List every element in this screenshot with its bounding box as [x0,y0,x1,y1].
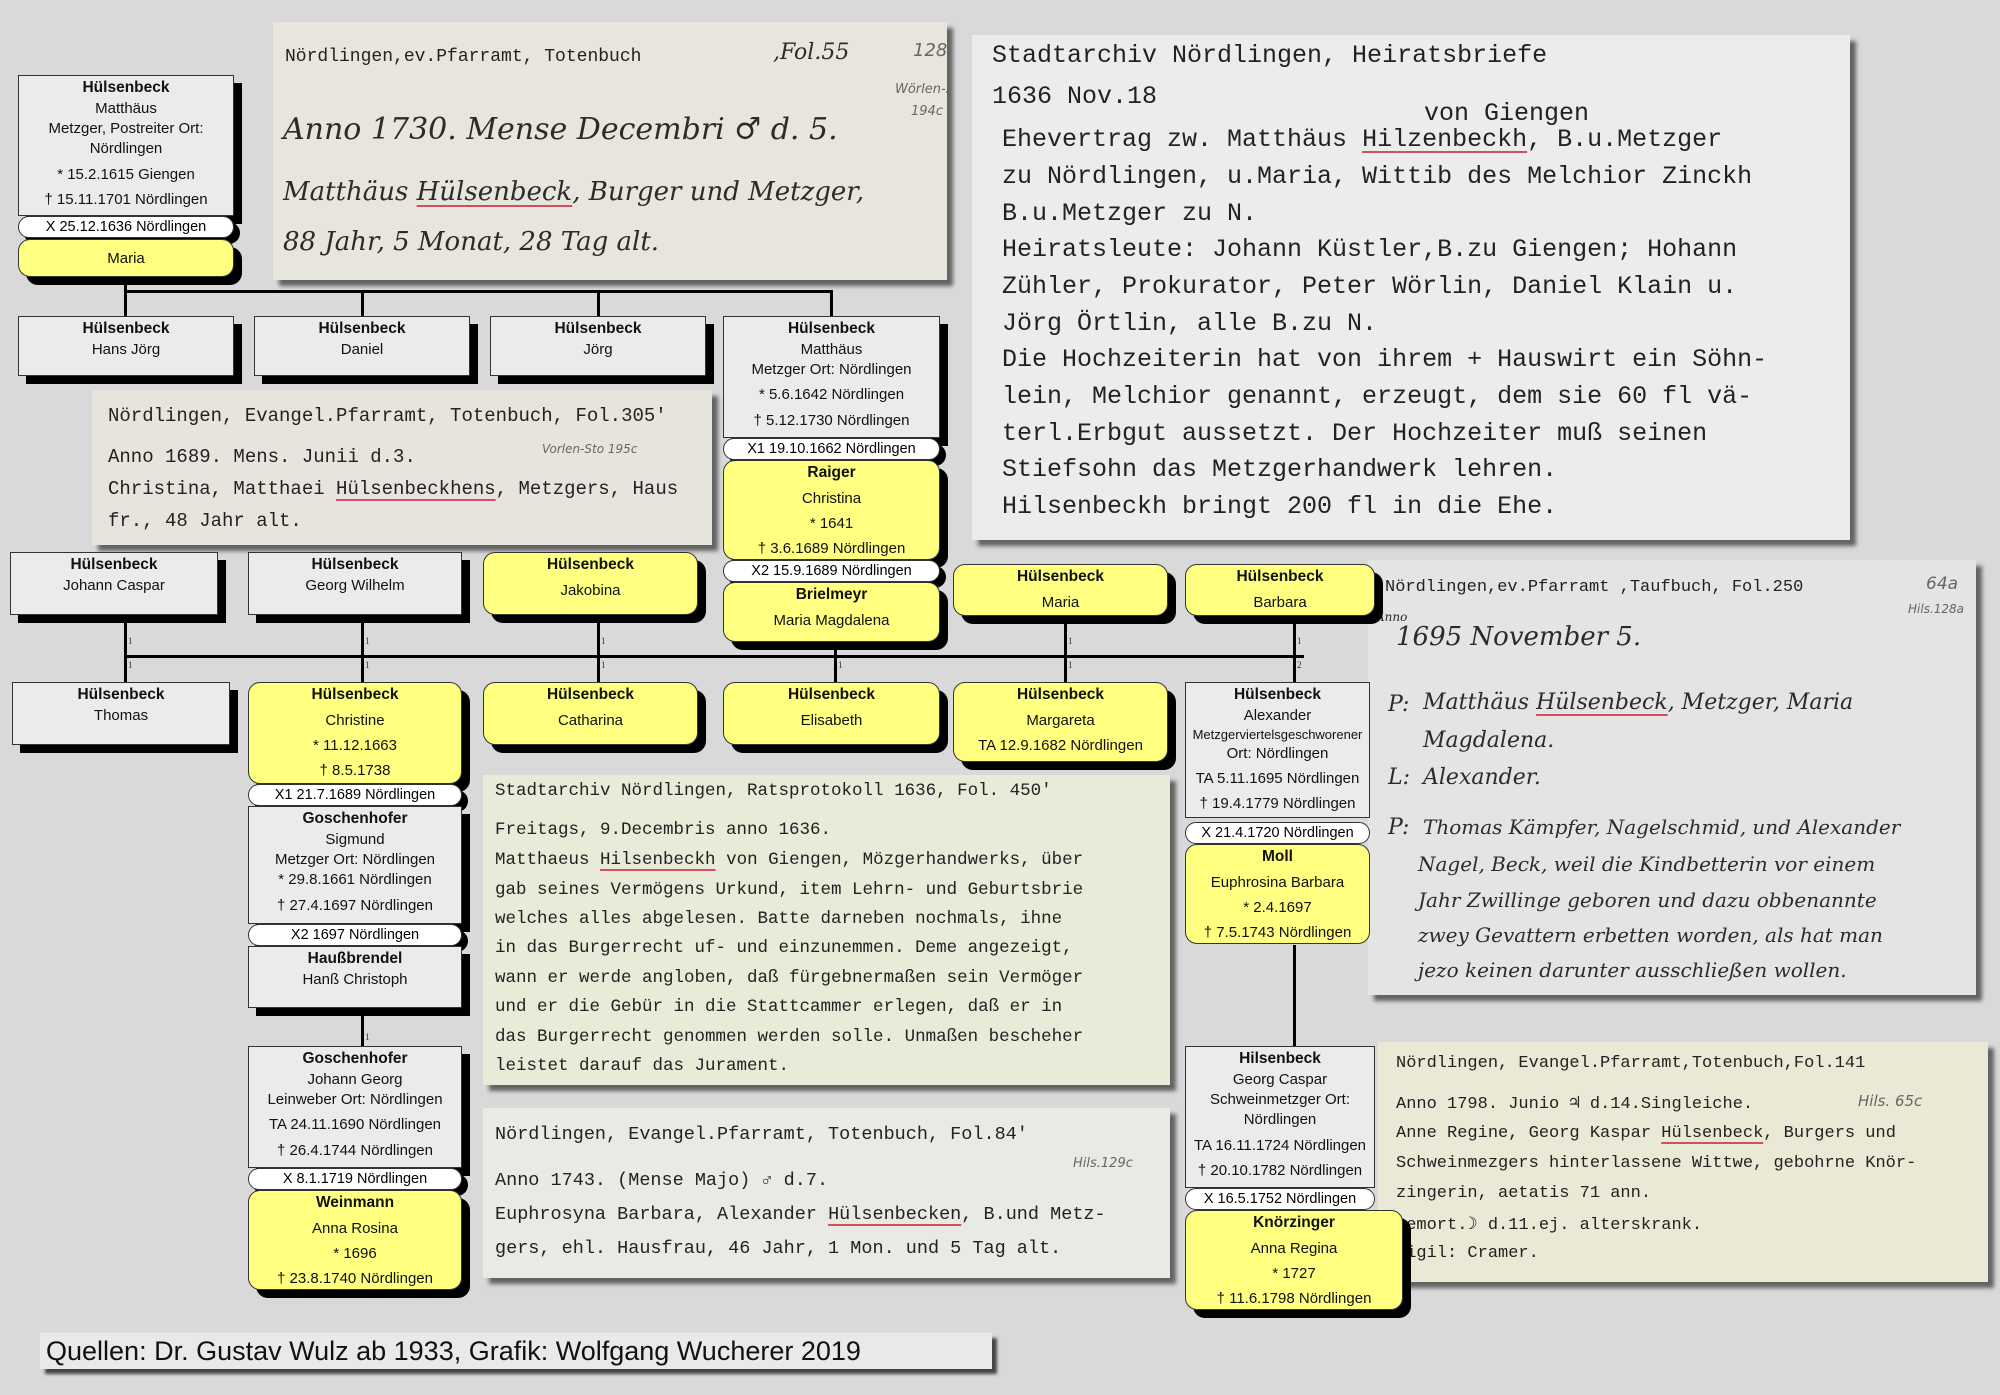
marriage-pill: X1 21.7.1689 Nördlingen [248,784,462,806]
doc-line: Anno 1798. Junio ♃ d.14.Singleiche. [1396,1093,1753,1114]
person-given: Hans Jörg [19,340,233,360]
person-given: Barbara [1186,593,1374,613]
person-surname: Hülsenbeck [249,555,461,576]
marriage-pill: X 8.1.1719 Nördlingen [248,1168,462,1190]
person-surname: Brielmeyr [724,585,939,606]
person-given: Christine [249,711,461,731]
person-christine[interactable]: Hülsenbeck Christine * 11.12.1663 † 8.5.… [248,682,462,784]
doc-line: das Burgerrecht genommen werden solle. U… [495,1027,1083,1047]
person-given: Georg Wilhelm [249,576,461,596]
person-sigmund-goschenhofer[interactable]: Goschenhofer Sigmund Metzger Ort: Nördli… [248,806,462,924]
connector-label: 1 [128,636,133,646]
person-birth: * 2.4.1697 [1186,898,1369,918]
connector-label: 1 [601,636,606,646]
person-surname: Moll [1186,847,1369,868]
doc-header: Stadtarchiv Nördlingen, Ratsprotokoll 16… [495,781,1052,801]
person-death: † 5.12.1730 Nördlingen [724,411,939,431]
document-totenbuch-1798: Nördlingen, Evangel.Pfarramt,Totenbuch,F… [1378,1042,1988,1282]
person-matthaeus-sr[interactable]: Hülsenbeck Matthäus Metzger, Postreiter … [18,75,234,216]
doc-line: Matthaeus Hilsenbeckh von Giengen, Mözge… [495,850,1083,870]
person-given: Sigmund [249,830,461,850]
person-surname: Hülsenbeck [249,685,461,706]
doc-line: lein, Melchior genannt, erzeugt, dem sie… [1002,382,1752,411]
document-ratsprotokoll: Stadtarchiv Nördlingen, Ratsprotokoll 16… [483,775,1170,1085]
doc-line: gab seines Vermögens Urkund, item Lehrn-… [495,880,1083,900]
person-place: Nördlingen [19,139,233,159]
doc-line: Hilsenbeckh bringt 200 fl in die Ehe. [1002,492,1557,521]
connector [830,290,833,318]
doc-line: zwey Gevattern erbetten worden, als hat … [1418,923,1883,947]
doc-line: Nagel, Beck, weil die Kindbetterin vor e… [1418,852,1875,876]
doc-line-text: Anne Regine, Georg Kaspar [1396,1124,1661,1143]
connector-label: 1 [1068,660,1073,670]
person-given: Daniel [255,340,469,360]
person-place: Ort: Nördlingen [1186,744,1369,764]
doc-line: Freitags, 9.Decembris anno 1636. [495,820,831,840]
person-birth: * 1696 [249,1244,461,1264]
person-surname: Weinmann [249,1193,461,1214]
person-birth: * 1641 [724,514,939,534]
doc-margin-note: Hils.128a [1908,602,1964,616]
connector-label: 1 [365,660,370,670]
person-given: Maria Magdalena [724,611,939,631]
doc-margin-note: Vorlen-Sto 195c [542,442,637,456]
doc-line: Anno 1689. Mens. Junii d.3. [108,446,416,468]
doc-line: Stiefsohn das Metzgerhandwerk lehren. [1002,455,1557,484]
person-maria-magdalena[interactable]: Brielmeyr Maria Magdalena [723,582,940,642]
doc-line: Jahr Zwillinge geboren und dazu obbenann… [1418,888,1877,912]
doc-line-text: Euphrosyna Barbara, Alexander [495,1204,828,1225]
connector [124,290,127,318]
person-given: Johann Caspar [11,576,217,596]
doc-line-text: , B.u.Metzger [1527,125,1722,154]
person-death: † 23.8.1740 Nördlingen [249,1269,461,1289]
person-surname: Hülsenbeck [484,685,697,706]
doc-line: wann er werde angloben, daß fürgebnermaß… [495,968,1083,988]
connector [361,290,364,318]
doc-label: P: [1388,815,1409,840]
person-surname: Hülsenbeck [484,555,697,576]
person-death: † 3.6.1689 Nördlingen [724,539,939,559]
person-occupation: Metzger Ort: Nördlingen [724,360,939,380]
connector-label: 1 [128,660,133,670]
doc-line: Jörg Örtlin, alle B.zu N. [1002,309,1377,338]
person-given: Catharina [484,711,697,731]
person-georg-caspar[interactable]: Hilsenbeck Georg Caspar Schweinmetzger O… [1185,1046,1375,1188]
person-barbara[interactable]: Hülsenbeck Barbara [1185,564,1375,616]
doc-line: Magdalena. [1423,728,1554,753]
person-given: Jörg [491,340,705,360]
doc-line: Anne Regine, Georg Kaspar Hülsenbeck, Bu… [1396,1124,1896,1143]
doc-date: 1636 Nov.18 [992,82,1157,111]
connector [597,290,600,318]
doc-date: 1695 November 5. [1396,622,1641,652]
person-given: Anna Rosina [249,1219,461,1239]
document-totenbuch-1689: Nördlingen, Evangel.Pfarramt, Totenbuch,… [92,390,712,545]
person-birth: * 29.8.1661 Nördlingen [249,870,461,890]
doc-line: Ehevertrag zw. Matthäus Hilzenbeckh, B.u… [1002,125,1722,154]
doc-line: Zühler, Prokurator, Peter Wörlin, Daniel… [1002,272,1737,301]
person-johann-caspar[interactable]: Hülsenbeck Johann Caspar [10,552,218,615]
person-occupation: Schweinmetzger Ort: [1186,1090,1374,1110]
person-surname: Haußbrendel [249,949,461,970]
doc-underlined-name: Hilzenbeckh [1362,125,1527,154]
connector [124,290,832,293]
doc-insert: von Giengen [1424,99,1589,128]
person-place: Nördlingen [1186,1110,1374,1130]
person-given: Euphrosina Barbara [1186,873,1369,893]
doc-underlined-name: Hülsenbeck [417,177,573,207]
person-surname: Hülsenbeck [491,319,705,340]
person-surname: Hülsenbeck [13,685,229,706]
connector-label: 1 [838,660,843,670]
doc-line: Die Hochzeiterin hat von ihrem + Hauswir… [1002,345,1767,374]
person-baptism: TA 16.11.1724 Nördlingen [1186,1136,1374,1156]
doc-line: Anno 1730. Mense Decembri ♂ d. 5. [283,112,838,147]
doc-header: Nördlingen,ev.Pfarramt, Totenbuch [285,47,641,67]
doc-line: 88 Jahr, 5 Monat, 28 Tag alt. [283,227,659,257]
doc-line: zingerin, aetatis 71 ann. [1396,1184,1651,1203]
person-matthaeus-jr[interactable]: Hülsenbeck Matthäus Metzger Ort: Nördlin… [723,316,940,438]
doc-label: L: [1388,765,1410,790]
person-death: † 26.4.1744 Nördlingen [249,1141,461,1161]
doc-line: Thomas Kämpfer, Nagelschmid, und Alexand… [1423,815,1900,839]
document-taufbuch-1695: Nördlingen,ev.Pfarramt ,Taufbuch, Fol.25… [1368,560,1976,995]
doc-underlined-name: Hülsenbecken [828,1204,961,1225]
doc-header: Stadtarchiv Nördlingen, Heiratsbriefe [992,41,1547,70]
person-anna-rosina[interactable]: Weinmann Anna Rosina * 1696 † 23.8.1740 … [248,1190,462,1290]
doc-line-text: , Metzgers, Haus [496,478,678,500]
connector-label: 1 [1297,636,1302,646]
doc-underlined-name: Hülsenbeck [1536,690,1668,715]
doc-line: Demort.☽ d.11.ej. alterskrank. [1396,1214,1702,1235]
person-death: † 8.5.1738 [249,761,461,781]
person-given: Hanß Christoph [249,970,461,990]
person-baptism: TA 12.9.1682 Nördlingen [954,736,1167,756]
marriage-pill: X2 1697 Nördlingen [248,924,462,946]
person-surname: Goschenhofer [249,1049,461,1070]
doc-header: Nördlingen, Evangel.Pfarramt,Totenbuch,F… [1396,1054,1865,1073]
person-baptism: TA 24.11.1690 Nördlingen [249,1115,461,1135]
person-alexander[interactable]: Hülsenbeck Alexander Metzgerviertelsgesc… [1185,682,1370,818]
person-surname: Hülsenbeck [1186,685,1369,706]
person-given: Margareta [954,711,1167,731]
person-birth: * 5.6.1642 Nördlingen [724,385,939,405]
doc-line: welches alles abgelesen. Batte darneben … [495,909,1062,929]
person-jakobina[interactable]: Hülsenbeck Jakobina [483,552,698,615]
document-totenbuch-1743: Nördlingen, Evangel.Pfarramt, Totenbuch,… [483,1108,1170,1278]
marriage-pill: X 16.5.1752 Nördlingen [1185,1188,1375,1210]
document-heiratsbriefe: Stadtarchiv Nördlingen, Heiratsbriefe 16… [972,35,1850,540]
person-elisabeth[interactable]: Hülsenbeck Elisabeth [723,682,940,745]
connector [597,615,600,683]
doc-line: Heiratsleute: Johann Küstler,B.zu Gienge… [1002,235,1737,264]
person-anna-regina[interactable]: Knörzinger Anna Regina * 1727 † 11.6.179… [1185,1210,1403,1310]
doc-line: zu Nördlingen, u.Maria, Wittib des Melch… [1002,162,1752,191]
doc-underlined-name: Hülsenbeckhens [336,478,496,500]
person-given: Christina [724,489,939,509]
doc-margin-note: Hils. 65c [1858,1092,1922,1110]
connector-label: 1 [365,636,370,646]
person-georg-wilhelm[interactable]: Hülsenbeck Georg Wilhelm [248,552,462,615]
person-given: Elisabeth [724,711,939,731]
connector [361,615,364,683]
person-given: Alexander [1186,706,1369,726]
doc-line: leistet darauf das Jurament. [495,1056,789,1076]
person-death: † 15.11.1701 Nördlingen [19,190,233,210]
marriage-pill: X1 19.10.1662 Nördlingen [723,438,940,460]
person-maria-2[interactable]: Hülsenbeck Maria [953,564,1168,616]
connector [1293,945,1296,1048]
person-occupation: Metzger Ort: Nördlingen [249,850,461,870]
person-given: Thomas [13,706,229,726]
doc-line-text: Christina, Matthaei [108,478,336,500]
connector [834,640,837,683]
connector [124,615,127,683]
person-birth: * 15.2.1615 Giengen [19,165,233,185]
person-given: Jakobina [484,581,697,601]
marriage-pill: X 21.4.1720 Nördlingen [1185,822,1370,844]
person-given: Maria [19,242,233,276]
person-surname: Hülsenbeck [954,685,1167,706]
doc-line: Matthäus Hülsenbeck, Burger und Metzger, [283,177,864,207]
person-hans-joerg[interactable]: Hülsenbeck Hans Jörg [18,316,234,376]
person-baptism: TA 5.11.1695 Nördlingen [1186,769,1369,789]
person-birth: * 11.12.1663 [249,736,461,756]
person-given: Johann Georg [249,1070,461,1090]
person-surname: Hülsenbeck [19,319,233,340]
doc-line: Matthäus Hülsenbeck, Metzger, Maria [1423,690,1853,715]
doc-line: gers, ehl. Hausfrau, 46 Jahr, 1 Mon. und… [495,1238,1061,1259]
marriage-pill: X2 15.9.1689 Nördlingen [723,560,940,582]
sources-caption: Quellen: Dr. Gustav Wulz ab 1933, Grafik… [40,1333,992,1369]
person-death: † 7.5.1743 Nördlingen [1186,923,1369,943]
connector-label: 2 [1297,660,1302,670]
person-occupation: Metzgerviertelsgeschworener [1186,726,1369,744]
doc-header: Nördlingen, Evangel.Pfarramt, Totenbuch,… [108,405,667,427]
person-hanss-christoph[interactable]: Haußbrendel Hanß Christoph [248,946,462,1008]
connector-label: 1 [601,660,606,670]
person-given: Matthäus [19,99,233,119]
person-joerg[interactable]: Hülsenbeck Jörg [490,316,706,376]
person-surname: Knörzinger [1186,1213,1402,1234]
person-death: † 27.4.1697 Nördlingen [249,896,461,916]
doc-line: fr., 48 Jahr alt. [108,510,302,532]
doc-line-text: , Burger und Metzger, [572,177,864,207]
doc-line-text: Ehevertrag zw. Matthäus [1002,125,1362,154]
person-daniel[interactable]: Hülsenbeck Daniel [254,316,470,376]
person-christina-raiger[interactable]: Raiger Christina * 1641 † 3.6.1689 Nördl… [723,460,940,560]
person-margareta[interactable]: Hülsenbeck Margareta TA 12.9.1682 Nördli… [953,682,1168,762]
person-occupation: Leinweber Ort: Nördlingen [249,1090,461,1110]
doc-line: Christina, Matthaei Hülsenbeckhens, Metz… [108,478,678,500]
marriage-pill: X 25.12.1636 Nördlingen [18,216,234,238]
doc-margin-note: 194c [911,104,943,119]
doc-header: Nördlingen,ev.Pfarramt ,Taufbuch, Fol.25… [1385,578,1803,597]
doc-line-text: Matthäus [283,177,408,207]
person-surname: Hülsenbeck [724,319,939,340]
doc-underlined-name: Hilsenbeckh [600,850,716,870]
person-surname: Hülsenbeck [19,78,233,99]
doc-margin-note: 128 [913,40,947,61]
person-surname: Hülsenbeck [255,319,469,340]
doc-header: Nördlingen, Evangel.Pfarramt, Totenbuch,… [495,1124,1028,1145]
doc-folio: ,Fol.55 [773,40,849,65]
person-surname: Hilsenbeck [1186,1049,1374,1070]
person-surname: Hülsenbeck [1186,567,1374,588]
document-totenbuch-1730: Nördlingen,ev.Pfarramt, Totenbuch ,Fol.5… [273,22,947,280]
doc-line: B.u.Metzger zu N. [1002,199,1257,228]
doc-line: terl.Erbgut aussetzt. Der Hochzeiter muß… [1002,419,1707,448]
person-maria-spouse[interactable]: Maria [18,239,234,277]
doc-line: und er die Gebür in die Stattcammer erle… [495,997,1062,1017]
person-given: Anna Regina [1186,1239,1402,1259]
person-surname: Hülsenbeck [724,685,939,706]
person-surname: Raiger [724,463,939,484]
person-given: Georg Caspar [1186,1070,1374,1090]
doc-line: jezo keinen darunter ausschließen wollen… [1418,958,1847,982]
person-surname: Goschenhofer [249,809,461,830]
doc-line-text: , B.und Metz- [961,1204,1105,1225]
person-thomas[interactable]: Hülsenbeck Thomas [12,682,230,745]
doc-margin-note: Hils.129c [1073,1156,1133,1171]
doc-line: in das Burgerrecht uf- und einzunemmen. … [495,938,1073,958]
connector [1064,615,1067,683]
person-surname: Hülsenbeck [954,567,1167,588]
person-given: Matthäus [724,340,939,360]
doc-line: Alexander. [1423,765,1541,790]
connector-label: 1 [1068,636,1073,646]
doc-line-text: Matthaeus [495,850,600,870]
doc-margin-note: Wörlen-Sto [895,82,947,97]
doc-line-text: von Giengen, Mözgerhandwerks, über [716,850,1084,870]
person-death: † 19.4.1779 Nördlingen [1186,794,1369,814]
person-catharina[interactable]: Hülsenbeck Catharina [483,682,698,745]
person-johann-georg[interactable]: Goschenhofer Johann Georg Leinweber Ort:… [248,1046,462,1168]
connector [124,655,1304,658]
doc-line: Vigil: Cramer. [1396,1244,1539,1263]
person-given: Maria [954,593,1167,613]
person-euphrosina-moll[interactable]: Moll Euphrosina Barbara * 2.4.1697 † 7.5… [1185,844,1370,944]
doc-line: Schweinmezgers hinterlassene Wittwe, geb… [1396,1154,1916,1173]
connector [1293,615,1296,683]
doc-label: P: [1388,692,1409,717]
doc-underlined-name: Hülsenbeck [1661,1124,1763,1143]
doc-line-text: , Burgers und [1763,1124,1896,1143]
doc-line-text: , Metzger, Maria [1668,690,1853,715]
doc-margin-note: 64a [1926,574,1958,594]
doc-line-text: Matthäus [1423,690,1536,715]
person-surname: Hülsenbeck [11,555,217,576]
person-death: † 11.6.1798 Nördlingen [1186,1289,1402,1309]
doc-line: Anno 1743. (Mense Majo) ♂ d.7. [495,1170,828,1191]
person-occupation: Metzger, Postreiter Ort: [19,119,233,139]
doc-line: Euphrosyna Barbara, Alexander Hülsenbeck… [495,1204,1106,1225]
person-death: † 20.10.1782 Nördlingen [1186,1161,1374,1181]
connector-label: 1 [365,1032,370,1042]
person-birth: * 1727 [1186,1264,1402,1284]
